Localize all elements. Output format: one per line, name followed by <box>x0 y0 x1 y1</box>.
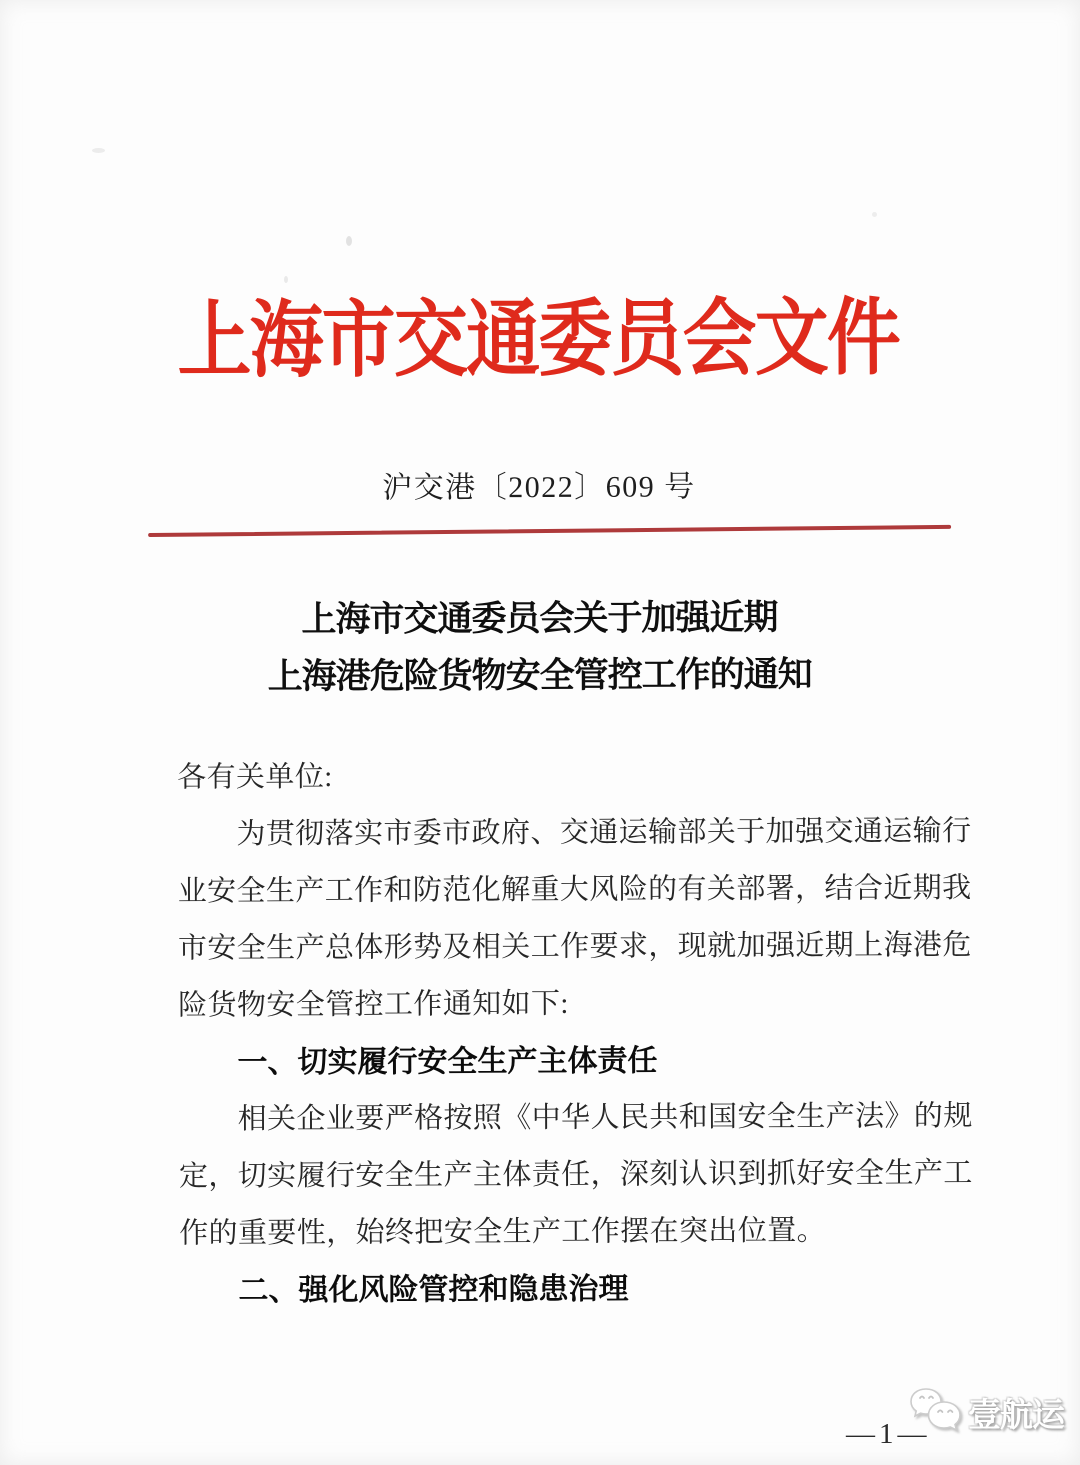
notice-title-line-1: 上海市交通委员会关于加强近期 <box>0 588 1080 650</box>
body-line: 市安全生产总体形势及相关工作要求，现就加强近期上海港危 <box>178 917 946 977</box>
body-line: 险货物安全管控工作通知如下: <box>178 974 946 1034</box>
body-line: 各有关单位: <box>177 746 945 806</box>
section-heading: 一、切实履行安全生产主体责任 <box>178 1031 946 1091</box>
document-page: 上海市交通委员会文件 沪交港〔2022〕609 号 上海市交通委员会关于加强近期… <box>0 0 1080 1465</box>
scan-speck <box>92 148 105 153</box>
body-line: 定，切实履行安全生产主体责任，深刻认识到抓好安全生产工 <box>179 1145 947 1205</box>
notice-title-line-2: 上海港危险货物安全管控工作的通知 <box>0 645 1080 707</box>
red-divider-line <box>148 525 951 537</box>
document-number: 沪交港〔2022〕609 号 <box>0 460 1079 509</box>
watermark-label: 壹航运 <box>968 1389 1064 1436</box>
scanned-content: 上海市交通委员会文件 沪交港〔2022〕609 号 上海市交通委员会关于加强近期… <box>0 0 1080 1465</box>
scan-speck <box>872 212 877 217</box>
document-body: 各有关单位:为贯彻落实市委市政府、交通运输部关于加强交通运输行业安全生产工作和防… <box>177 746 947 1319</box>
body-line: 相关企业要严格按照《中华人民共和国安全生产法》的规 <box>179 1088 947 1148</box>
body-line: 作的重要性，始终把安全生产工作摆在突出位置。 <box>179 1202 947 1262</box>
scan-speck <box>346 236 352 246</box>
section-heading: 二、强化风险管控和隐患治理 <box>179 1259 947 1319</box>
scan-speck <box>284 276 288 283</box>
chat-bubbles-icon <box>908 1386 964 1438</box>
agency-header-title: 上海市交通委员会文件 <box>63 270 1014 395</box>
body-line: 业安全生产工作和防范化解重大风险的有关部署，结合近期我 <box>178 860 946 920</box>
body-line: 为贯彻落实市委市政府、交通运输部关于加强交通运输行 <box>177 803 945 863</box>
watermark: 壹航运 <box>908 1386 1064 1438</box>
notice-title: 上海市交通委员会关于加强近期 上海港危险货物安全管控工作的通知 <box>0 588 1080 707</box>
